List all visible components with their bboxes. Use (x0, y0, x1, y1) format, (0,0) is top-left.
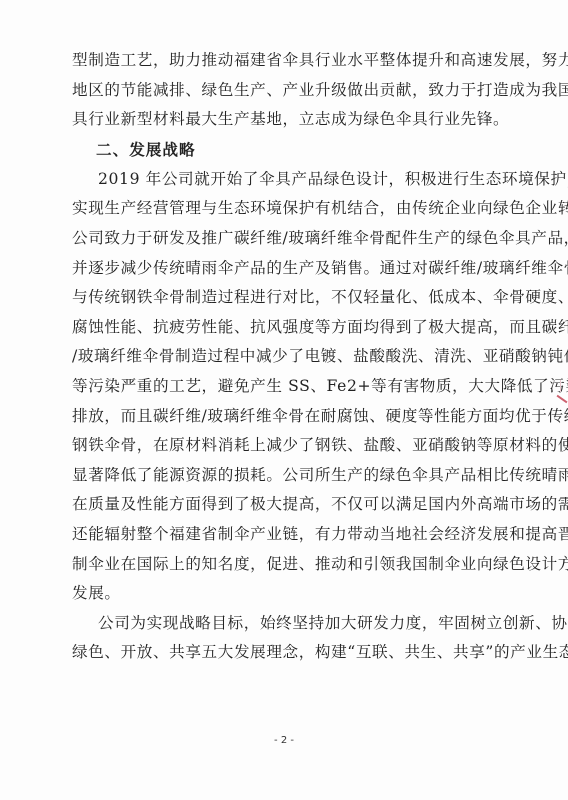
section-heading: 二、发展战略 (72, 135, 468, 165)
pen-mark-faint (560, 380, 561, 392)
text-line: 腐蚀性能、抗疲劳性能、抗风强度等方面均得到了极大提高，而且碳纤维 (72, 313, 468, 343)
text-line: 实现生产经营管理与生态环境保护有机结合，由传统企业向绿色企业转变。 (72, 194, 468, 224)
text-line: 发展。 (72, 579, 468, 609)
text-line: 在质量及性能方面得到了极大提高，不仅可以满足国内外高端市场的需求， (72, 490, 468, 520)
text-line: 制伞业在国际上的知名度，促进、推动和引领我国制伞业向绿色设计方向 (72, 550, 468, 580)
document-body: 型制造工艺，助力推动福建省伞具行业水平整体提升和高速发展，努力为 地区的节能减排… (72, 46, 468, 668)
text-line: 等污染严重的工艺，避免产生 SS、Fe2+等有害物质，大大降低了污染物 (72, 372, 468, 402)
text-line: 具行业新型材料最大生产基地，立志成为绿色伞具行业先锋。 (72, 105, 468, 135)
text-line: 还能辐射整个福建省制伞产业链，有力带动当地社会经济发展和提高晋江 (72, 520, 468, 550)
text-line: 排放，而且碳纤维/玻璃纤维伞骨在耐腐蚀、硬度等性能方面均优于传统 (72, 402, 468, 432)
paragraph-strategy: 2019 年公司就开始了伞具产品绿色设计，积极进行生态环境保护， 实现生产经营管… (72, 165, 468, 609)
text-line: 并逐步减少传统晴雨伞产品的生产及销售。通过对碳纤维/玻璃纤维伞骨 (72, 254, 468, 284)
text-line: 公司致力于研发及推广碳纤维/玻璃纤维伞骨配件生产的绿色伞具产品， (72, 224, 468, 254)
text-line: 公司为实现战略目标，始终坚持加大研发力度，牢固树立创新、协调、 (72, 609, 468, 639)
text-line: 型制造工艺，助力推动福建省伞具行业水平整体提升和高速发展，努力为 (72, 46, 468, 76)
text-line: /玻璃纤维伞骨制造过程中减少了电镀、盐酸酸洗、清洗、亚硝酸钠钝化 (72, 342, 468, 372)
paragraph-continuation: 型制造工艺，助力推动福建省伞具行业水平整体提升和高速发展，努力为 地区的节能减排… (72, 46, 468, 135)
document-page: 型制造工艺，助力推动福建省伞具行业水平整体提升和高速发展，努力为 地区的节能减排… (0, 0, 568, 800)
text-line: 地区的节能减排、绿色生产、产业升级做出贡献，致力于打造成为我国伞 (72, 76, 468, 106)
page-number: - 2 - (0, 735, 568, 746)
red-pen-mark (557, 395, 568, 404)
paragraph-goals: 公司为实现战略目标，始终坚持加大研发力度，牢固树立创新、协调、 绿色、开放、共享… (72, 609, 468, 668)
text-line: 绿色、开放、共享五大发展理念，构建“互联、共生、共享”的产业生态 (72, 638, 468, 668)
text-line: 显著降低了能源资源的损耗。公司所生产的绿色伞具产品相比传统晴雨伞 (72, 461, 468, 491)
text-line: 2019 年公司就开始了伞具产品绿色设计，积极进行生态环境保护， (72, 165, 468, 195)
text-line: 钢铁伞骨，在原材料消耗上减少了钢铁、盐酸、亚硝酸钠等原材料的使用， (72, 431, 468, 461)
text-line: 与传统钢铁伞骨制造过程进行对比，不仅轻量化、低成本、伞骨硬度、耐 (72, 283, 468, 313)
